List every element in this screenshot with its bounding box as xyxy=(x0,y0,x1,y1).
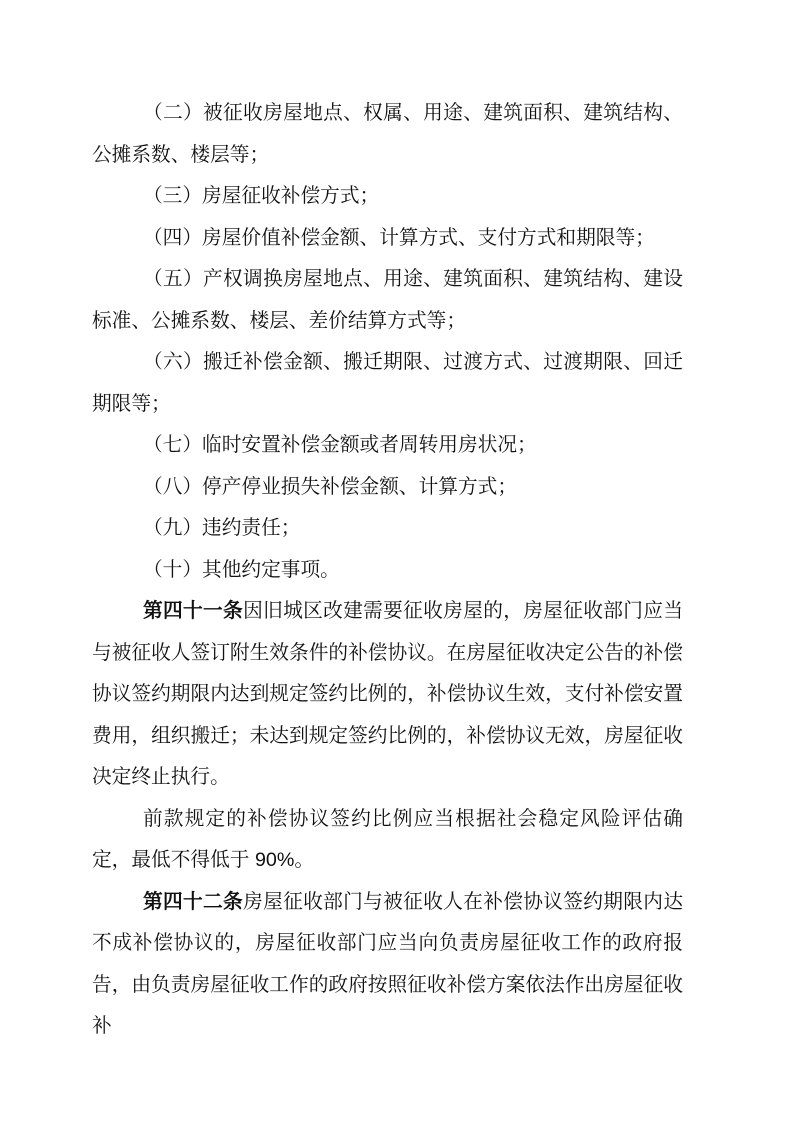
paragraph: （六）搬迁补偿金额、搬迁期限、过渡方式、过渡期限、回迁期限等； xyxy=(92,342,683,425)
paragraph: （三）房屋征收补偿方式； xyxy=(92,176,683,218)
paragraph: （四）房屋价值补偿金额、计算方式、支付方式和期限等； xyxy=(92,218,683,260)
article-paragraph: 第四十一条因旧城区改建需要征收房屋的，房屋征收部门应当与被征收人签订附生效条件的… xyxy=(92,591,683,799)
paragraph: （二）被征收房屋地点、权属、用途、建筑面积、建筑结构、公摊系数、楼层等； xyxy=(92,93,683,176)
paragraph: （七）临时安置补偿金额或者周转用房状况； xyxy=(92,425,683,467)
paragraph: 前款规定的补偿协议签约比例应当根据社会稳定风险评估确定，最低不得低于 90%。 xyxy=(92,799,683,882)
paragraph: （九）违约责任； xyxy=(92,508,683,550)
paragraph: （八）停产停业损失补偿金额、计算方式； xyxy=(92,467,683,509)
document-page: （二）被征收房屋地点、权属、用途、建筑面积、建筑结构、公摊系数、楼层等；（三）房… xyxy=(0,0,793,1122)
document-body: （二）被征收房屋地点、权属、用途、建筑面积、建筑结构、公摊系数、楼层等；（三）房… xyxy=(92,93,683,1048)
paragraph: （十）其他约定事项。 xyxy=(92,550,683,592)
article-number: 第四十一条 xyxy=(143,600,243,622)
article-paragraph: 第四十二条房屋征收部门与被征收人在补偿协议签约期限内达不成补偿协议的，房屋征收部… xyxy=(92,882,683,1048)
paragraph: （五）产权调换房屋地点、用途、建筑面积、建筑结构、建设标准、公摊系数、楼层、差价… xyxy=(92,259,683,342)
article-number: 第四十二条 xyxy=(143,891,243,913)
